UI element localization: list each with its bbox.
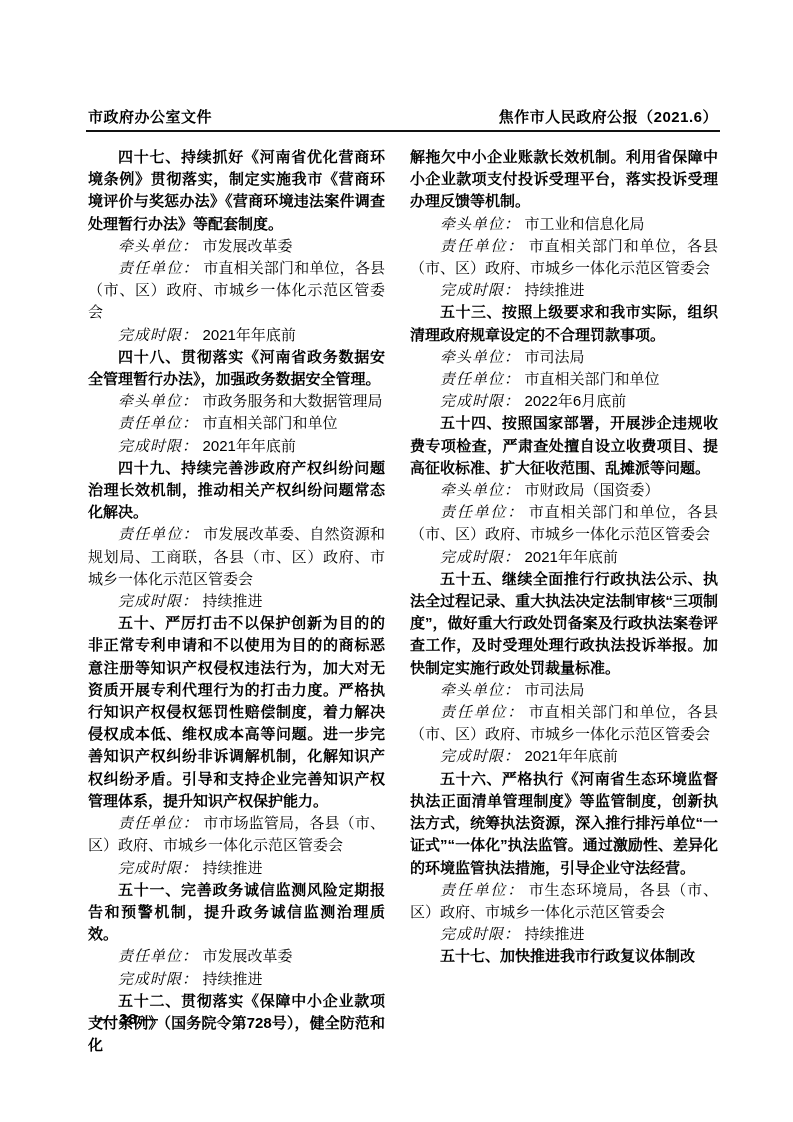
field-label: 责任单位： xyxy=(118,948,198,965)
section-47-paragraph: 四十七、持续抓好《河南省优化营商环境条例》贯彻落实，制定实施我市《营商环境评价与… xyxy=(88,147,385,236)
field-label: 责任单位： xyxy=(440,504,524,521)
field-value: 市发展改革委 xyxy=(203,238,293,255)
field-value: 持续推进 xyxy=(525,282,585,299)
responsible-unit-line: 责任单位：市发展改革委、自然资源和规划局、工商联，各县（市、区）政府、市城乡一体… xyxy=(88,524,385,591)
responsible-unit-line: 责任单位：市直相关部门和单位，各县（市、区）政府、市城乡一体化示范区管委会 xyxy=(410,702,718,746)
field-value: 2021年年底前 xyxy=(525,549,618,566)
responsible-unit-line: 责任单位：市直相关部门和单位，各县（市、区）政府、市城乡一体化示范区管委会 xyxy=(88,258,385,325)
page-number: — 38 — xyxy=(98,1011,159,1028)
field-value: 持续推进 xyxy=(203,860,263,877)
field-label: 责任单位： xyxy=(118,415,198,432)
deadline-line: 完成时限：2022年6月底前 xyxy=(410,391,718,413)
lead-unit-line: 牵头单位：市发展改革委 xyxy=(88,236,385,258)
deadline-line: 完成时限：持续推进 xyxy=(410,924,718,946)
field-label: 完成时限： xyxy=(118,593,198,610)
section-56-paragraph: 五十六、严格执行《河南省生态环境监督执法正面清单管理制度》等监管制度，创新执法方… xyxy=(410,769,718,880)
section-49-paragraph: 四十九、持续完善涉政府产权纠纷问题治理长效机制，推动相关产权纠纷问题常态化解决。 xyxy=(88,458,385,525)
field-value: 市财政局（国资委） xyxy=(525,482,660,499)
field-value: 市司法局 xyxy=(525,682,585,699)
field-label: 责任单位： xyxy=(440,371,520,388)
field-label: 牵头单位： xyxy=(440,349,520,366)
lead-unit-line: 牵头单位：市工业和信息化局 xyxy=(410,214,718,236)
field-label: 完成时限： xyxy=(118,860,198,877)
deadline-line: 完成时限：2021年年底前 xyxy=(88,325,385,347)
field-label: 完成时限： xyxy=(440,282,520,299)
field-label: 牵头单位： xyxy=(440,216,520,233)
lead-unit-line: 牵头单位：市财政局（国资委） xyxy=(410,480,718,502)
field-label: 责任单位： xyxy=(440,882,524,899)
lead-unit-line: 牵头单位：市政务服务和大数据管理局 xyxy=(88,391,385,413)
field-label: 完成时限： xyxy=(440,748,520,765)
field-value: 市工业和信息化局 xyxy=(525,216,645,233)
lead-unit-line: 牵头单位：市司法局 xyxy=(410,347,718,369)
header-rule xyxy=(86,130,720,132)
deadline-line: 完成时限：持续推进 xyxy=(88,969,385,991)
field-label: 完成时限： xyxy=(118,438,198,455)
responsible-unit-line: 责任单位：市生态环境局，各县（市、区）政府、市城乡一体化示范区管委会 xyxy=(410,880,718,924)
responsible-unit-line: 责任单位：市直相关部门和单位，各县（市、区）政府、市城乡一体化示范区管委会 xyxy=(410,236,718,280)
section-54-paragraph: 五十四、按照国家部署，开展涉企违规收费专项检查，严肃查处擅自设立收费项目、提高征… xyxy=(410,413,718,480)
field-value: 2021年年底前 xyxy=(203,327,296,344)
responsible-unit-line: 责任单位：市直相关部门和单位，各县（市、区）政府、市城乡一体化示范区管委会 xyxy=(410,502,718,546)
field-value: 持续推进 xyxy=(203,593,263,610)
field-label: 完成时限： xyxy=(440,393,520,410)
gazette-page: 市政府办公室文件 焦作市人民政府公报（2021.6） 四十七、持续抓好《河南省优… xyxy=(0,0,793,1122)
field-label: 牵头单位： xyxy=(118,238,198,255)
deadline-line: 完成时限：持续推进 xyxy=(410,280,718,302)
field-label: 责任单位： xyxy=(118,526,199,543)
field-label: 牵头单位： xyxy=(118,393,198,410)
section-52-continuation: 解拖欠中小企业账款长效机制。利用省保障中小企业款项支付投诉受理平台，落实投诉受理… xyxy=(410,147,718,214)
right-column: 解拖欠中小企业账款长效机制。利用省保障中小企业款项支付投诉受理平台，落实投诉受理… xyxy=(410,147,718,1057)
page-header: 市政府办公室文件 焦作市人民政府公报（2021.6） xyxy=(88,106,718,127)
left-column: 四十七、持续抓好《河南省优化营商环境条例》贯彻落实，制定实施我市《营商环境评价与… xyxy=(88,147,385,1057)
deadline-line: 完成时限：2021年年底前 xyxy=(410,547,718,569)
responsible-unit-line: 责任单位：市直相关部门和单位 xyxy=(88,413,385,435)
deadline-line: 完成时限：2021年年底前 xyxy=(88,436,385,458)
lead-unit-line: 牵头单位：市司法局 xyxy=(410,680,718,702)
field-value: 市直相关部门和单位 xyxy=(525,371,660,388)
deadline-line: 完成时限：持续推进 xyxy=(88,591,385,613)
field-value: 2021年年底前 xyxy=(525,748,618,765)
field-label: 责任单位： xyxy=(440,704,524,721)
section-55-paragraph: 五十五、继续全面推行行政执法公示、执法全过程记录、重大执法决定法制审核“三项制度… xyxy=(410,569,718,680)
section-50-paragraph: 五十、严厉打击不以保护创新为目的的非正常专利申请和不以使用为目的的商标恶意注册等… xyxy=(88,613,385,813)
field-label: 责任单位： xyxy=(440,238,524,255)
field-value: 持续推进 xyxy=(525,926,585,943)
field-label: 责任单位： xyxy=(118,815,199,832)
header-left-title: 市政府办公室文件 xyxy=(88,106,212,127)
section-57-paragraph: 五十七、加快推进我市行政复议体制改 xyxy=(410,946,718,968)
field-label: 完成时限： xyxy=(440,926,520,943)
field-label: 牵头单位： xyxy=(440,682,520,699)
field-value: 持续推进 xyxy=(203,971,263,988)
responsible-unit-line: 责任单位：市市场监管局，各县（市、区）政府、市城乡一体化示范区管委会 xyxy=(88,813,385,857)
field-value: 市政务服务和大数据管理局 xyxy=(203,393,383,410)
header-right-title: 焦作市人民政府公报（2021.6） xyxy=(499,106,718,127)
deadline-line: 完成时限：2021年年底前 xyxy=(410,746,718,768)
section-53-paragraph: 五十三、按照上级要求和我市实际，组织清理政府规章设定的不合理罚款事项。 xyxy=(410,302,718,346)
section-51-paragraph: 五十一、完善政务诚信监测风险定期报告和预警机制，提升政务诚信监测治理质效。 xyxy=(88,880,385,947)
page-body: 四十七、持续抓好《河南省优化营商环境条例》贯彻落实，制定实施我市《营商环境评价与… xyxy=(88,147,718,1057)
field-value: 市司法局 xyxy=(525,349,585,366)
field-label: 责任单位： xyxy=(118,260,199,277)
deadline-line: 完成时限：持续推进 xyxy=(88,858,385,880)
section-48-paragraph: 四十八、贯彻落实《河南省政务数据安全管理暂行办法》，加强政务数据安全管理。 xyxy=(88,347,385,391)
field-label: 完成时限： xyxy=(440,549,520,566)
field-label: 牵头单位： xyxy=(440,482,520,499)
field-label: 完成时限： xyxy=(118,327,198,344)
field-value: 2022年6月底前 xyxy=(525,393,627,410)
responsible-unit-line: 责任单位：市发展改革委 xyxy=(88,946,385,968)
responsible-unit-line: 责任单位：市直相关部门和单位 xyxy=(410,369,718,391)
field-value: 市发展改革委 xyxy=(203,948,293,965)
field-label: 完成时限： xyxy=(118,971,198,988)
field-value: 市直相关部门和单位 xyxy=(203,415,338,432)
field-value: 2021年年底前 xyxy=(203,438,296,455)
